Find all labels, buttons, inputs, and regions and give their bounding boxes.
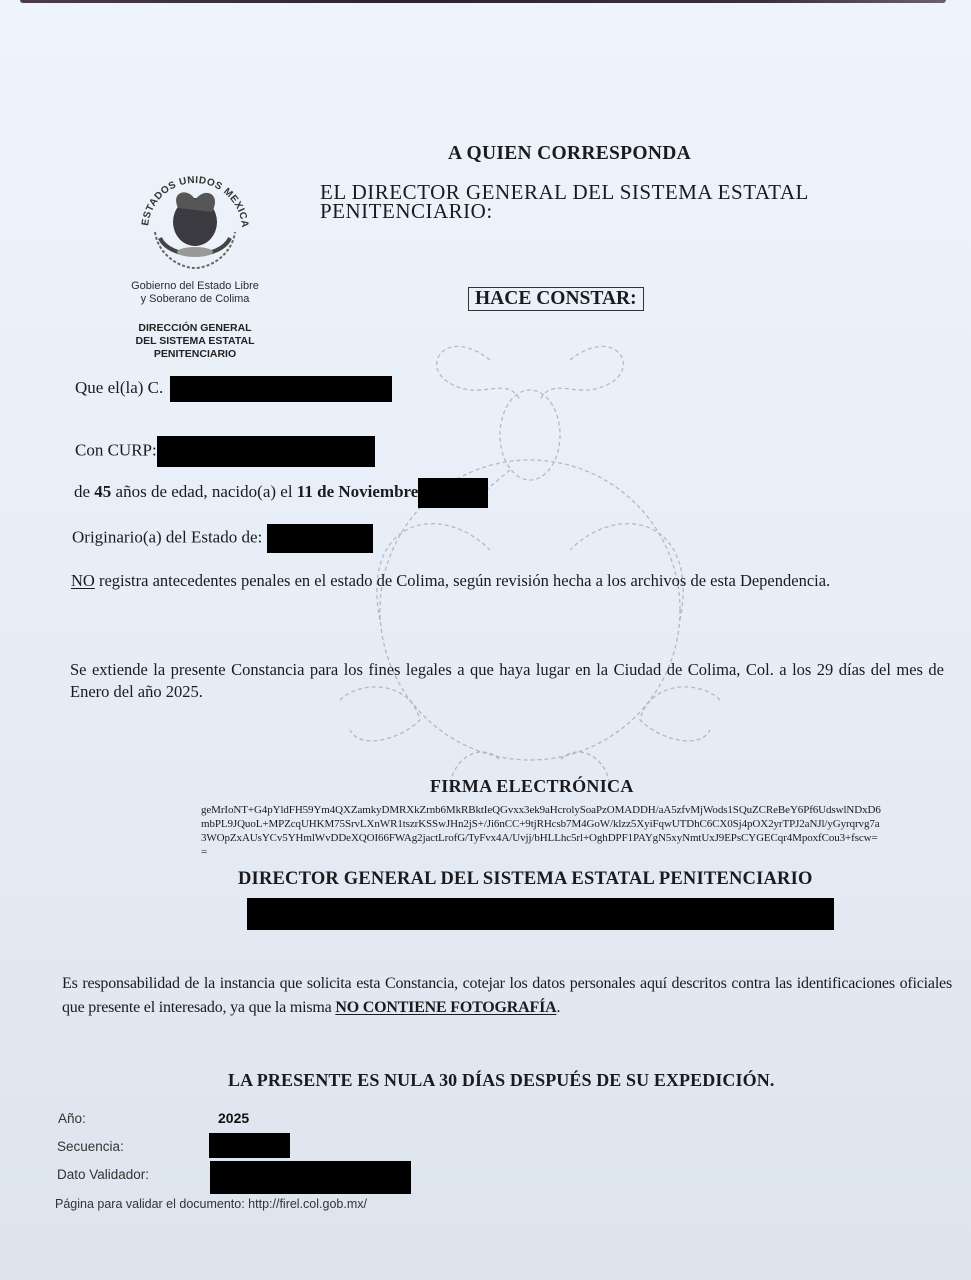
origin-label: Originario(a) del Estado de: bbox=[72, 527, 262, 546]
government-logo: ESTADOS UNIDOS MEXICANOS Gobierno del Es… bbox=[120, 160, 270, 361]
hace-constar-heading: HACE CONSTAR: bbox=[468, 287, 644, 311]
origin-row: Originario(a) del Estado de: bbox=[72, 524, 373, 553]
redacted-sequence bbox=[209, 1133, 290, 1158]
redacted-name bbox=[170, 376, 392, 402]
age-birth-row: de 45 años de edad, nacido(a) el 11 de N… bbox=[74, 478, 488, 508]
redacted-validator bbox=[210, 1161, 411, 1194]
name-row: Que el(la) C. bbox=[75, 376, 392, 402]
department-line: PENITENCIARIO bbox=[120, 348, 270, 361]
government-name-line: Gobierno del Estado Libre bbox=[120, 280, 270, 293]
year-label: Año: bbox=[58, 1111, 86, 1126]
notice-end: . bbox=[556, 999, 560, 1016]
no-photo-emphasis: NO CONTIENE FOTOGRAFÍA bbox=[335, 999, 556, 1016]
government-name-line: y Soberano de Colima bbox=[120, 293, 270, 306]
electronic-signature-heading: FIRMA ELECTRÓNICA bbox=[430, 776, 634, 797]
validator-label: Dato Validador: bbox=[57, 1167, 149, 1182]
year-value: 2025 bbox=[218, 1110, 249, 1126]
redacted-curp bbox=[157, 436, 375, 467]
validity-notice: LA PRESENTE ES NULA 30 DÍAS DESPUÉS DE S… bbox=[228, 1070, 774, 1091]
validation-url[interactable]: Página para validar el documento: http:/… bbox=[55, 1197, 367, 1211]
photo-top-edge bbox=[20, 0, 946, 3]
issuer-heading: EL DIRECTOR GENERAL DEL SISTEMA ESTATAL … bbox=[320, 183, 880, 221]
redacted-origin-state bbox=[267, 524, 373, 553]
responsibility-notice: Es responsabilidad de la instancia que s… bbox=[62, 972, 952, 1020]
redacted-signer-name bbox=[247, 898, 834, 930]
department-line: DIRECCIÓN GENERAL bbox=[120, 322, 270, 335]
age-prefix: de bbox=[74, 482, 90, 501]
government-name: Gobierno del Estado Libre y Soberano de … bbox=[120, 280, 270, 306]
electronic-signature-hash: geMrIoNT+G4pYldFH59Ym4QXZamkyDMRXkZrnb6M… bbox=[201, 803, 881, 859]
signer-title: DIRECTOR GENERAL DEL SISTEMA ESTATAL PEN… bbox=[238, 869, 813, 890]
age-value: 45 bbox=[94, 482, 111, 501]
record-statement: NO registra antecedentes penales en el e… bbox=[71, 570, 942, 592]
birth-date-value: 11 de Noviembre bbox=[297, 482, 419, 501]
record-statement-text: registra antecedentes penales en el esta… bbox=[99, 571, 830, 590]
no-emphasis: NO bbox=[71, 571, 95, 590]
addressee-heading: A QUIEN CORRESPONDA bbox=[448, 143, 691, 165]
curp-row: Con CURP: bbox=[75, 436, 375, 467]
redacted-birth-year bbox=[418, 478, 488, 508]
name-label: Que el(la) C. bbox=[75, 378, 163, 397]
age-text: años de edad, nacido(a) el bbox=[116, 482, 293, 501]
department-name: DIRECCIÓN GENERAL DEL SISTEMA ESTATAL PE… bbox=[120, 322, 270, 361]
department-line: DEL SISTEMA ESTATAL bbox=[120, 335, 270, 348]
sequence-label: Secuencia: bbox=[57, 1139, 124, 1154]
issuance-statement: Se extiende la presente Constancia para … bbox=[70, 659, 944, 703]
mexican-seal-icon: ESTADOS UNIDOS MEXICANOS bbox=[130, 160, 260, 280]
curp-label: Con CURP: bbox=[75, 440, 157, 459]
